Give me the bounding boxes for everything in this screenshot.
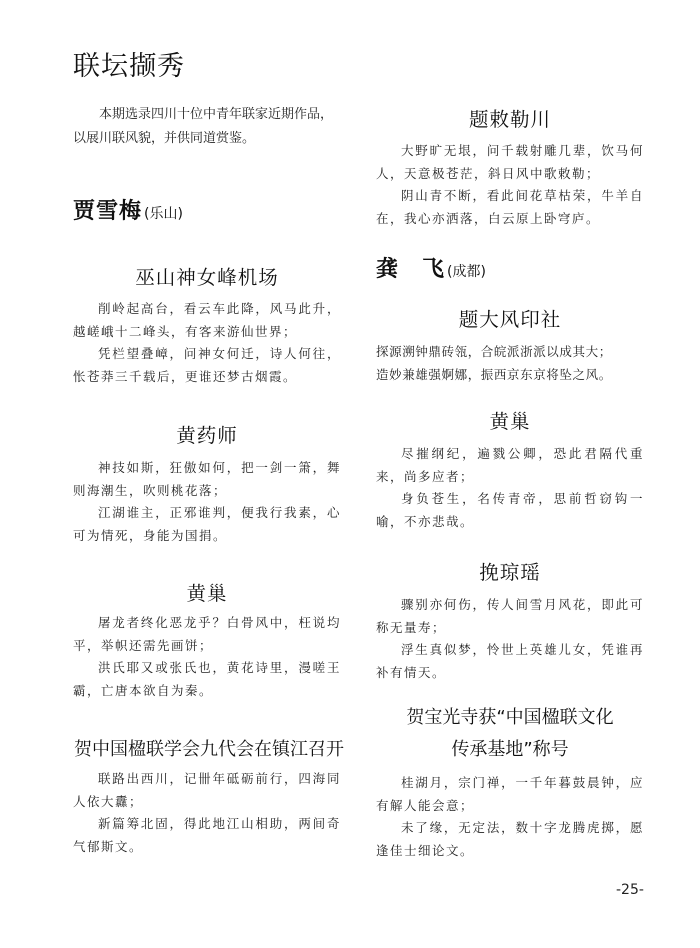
- upper-line: 削岭起高台，看云车此降，风马此升，越嵯峨十二峰头，有客来游仙世界；: [73, 298, 341, 343]
- upper-line: 探源溯钟鼎砖瓴，合皖派浙派以成其大；: [376, 341, 644, 364]
- poem-body: 探源溯钟鼎砖瓴，合皖派浙派以成其大； 造妙兼雄强婀娜，振西京东京将坠之风。: [376, 341, 644, 386]
- author-heading: 贾雪梅(乐山): [73, 194, 341, 225]
- poem-title: 巫山神女峰机场: [73, 262, 341, 290]
- page-number: -25-: [616, 882, 644, 898]
- lower-line: 新篇筹北固，得此地江山相助，两间奇气郁斯文。: [73, 813, 341, 858]
- poem-title: 贺中国楹联学会九代会在镇江召开: [69, 735, 349, 761]
- lower-line: 浮生真似梦，怜世上英雄儿女，凭谁再补有情天。: [376, 639, 644, 684]
- poem-title-line-1: 贺宝光寺获“中国楹联文化: [376, 703, 644, 729]
- poem-body: 桂湖月，宗门禅，一千年暮鼓晨钟，应有解人能会意； 未了缘，无定法，数十字龙腾虎掷…: [376, 772, 644, 862]
- upper-line: 神技如斯，狂傲如何，把一剑一箫，舞则海潮生，吹则桃花落；: [73, 457, 341, 502]
- upper-line: 联路出西川，记卌年砥砺前行，四海同人依大纛；: [73, 768, 341, 813]
- intro-paragraph: 本期选录四川十位中青年联家近期作品，以展川联风貌，并供同道赏鉴。: [73, 103, 341, 151]
- poem-body: 屠龙者终化恶龙乎？白骨风中，枉说均平，举帜还需先画饼； 洪氏耶又或张氏也，黄花诗…: [73, 612, 341, 702]
- poem-body: 尽摧纲纪，遍戮公卿，恐此君隔代重来，尚多应者； 身负苍生，名传青帝，思前哲窃钩一…: [376, 443, 644, 533]
- poem-title: 黄药师: [73, 420, 341, 448]
- lower-line: 身负苍生，名传青帝，思前哲窃钩一喻，不亦悲哉。: [376, 488, 644, 533]
- author-name: 贾雪梅: [73, 199, 142, 224]
- upper-line: 骤别亦何伤，传人间雪月风花，即此可称无量寿；: [376, 594, 644, 639]
- lower-line: 未了缘，无定法，数十字龙腾虎掷，愿逢佳士细论文。: [376, 817, 644, 862]
- lower-line: 江湖谁主，正邪谁判，便我行我素，心可为情死，身能为国捐。: [73, 502, 341, 547]
- poem-title: 题敕勒川: [376, 104, 644, 132]
- lower-line: 洪氏耶又或张氏也，黄花诗里，漫嗟王霸，亡唐本欲自为秦。: [73, 657, 341, 702]
- poem-title-line-2: 传承基地”称号: [376, 735, 644, 761]
- page-title: 联坛撷秀: [73, 44, 185, 83]
- lower-line: 阴山青不断，看此间花草枯荣，牛羊自在，我心亦洒落，白云原上卧穹庐。: [376, 185, 644, 230]
- lower-line: 造妙兼雄强婀娜，振西京东京将坠之风。: [376, 364, 644, 387]
- poem-title: 黄巢: [376, 406, 644, 434]
- poem-title: 题大风印社: [376, 304, 644, 332]
- author-name: 龚 飞: [376, 257, 445, 282]
- poem-title: 挽琼瑶: [376, 557, 644, 585]
- poem-body: 神技如斯，狂傲如何，把一剑一箫，舞则海潮生，吹则桃花落； 江湖谁主，正邪谁判，便…: [73, 457, 341, 547]
- upper-line: 尽摧纲纪，遍戮公卿，恐此君隔代重来，尚多应者；: [376, 443, 644, 488]
- poem-body: 削岭起高台，看云车此降，风马此升，越嵯峨十二峰头，有客来游仙世界； 凭栏望叠嶂，…: [73, 298, 341, 388]
- poem-body: 大野旷无垠，问千载射雕几辈，饮马何人，天意极苍茫，斜日风中歌敕勒； 阴山青不断，…: [376, 140, 644, 230]
- upper-line: 桂湖月，宗门禅，一千年暮鼓晨钟，应有解人能会意；: [376, 772, 644, 817]
- poem-body: 骤别亦何伤，传人间雪月风花，即此可称无量寿； 浮生真似梦，怜世上英雄儿女，凭谁再…: [376, 594, 644, 684]
- author-heading: 龚 飞(成都): [376, 252, 644, 283]
- poem-body: 联路出西川，记卌年砥砺前行，四海同人依大纛； 新篇筹北固，得此地江山相助，两间奇…: [73, 768, 341, 858]
- upper-line: 屠龙者终化恶龙乎？白骨风中，枉说均平，举帜还需先画饼；: [73, 612, 341, 657]
- lower-line: 凭栏望叠嶂，问神女何迁，诗人何往，怅苍莽三千载后，更谁还梦古烟霞。: [73, 343, 341, 388]
- poem-title: 黄巢: [73, 578, 341, 606]
- upper-line: 大野旷无垠，问千载射雕几辈，饮马何人，天意极苍茫，斜日风中歌敕勒；: [376, 140, 644, 185]
- author-place: (成都): [447, 264, 486, 280]
- author-place: (乐山): [144, 206, 183, 222]
